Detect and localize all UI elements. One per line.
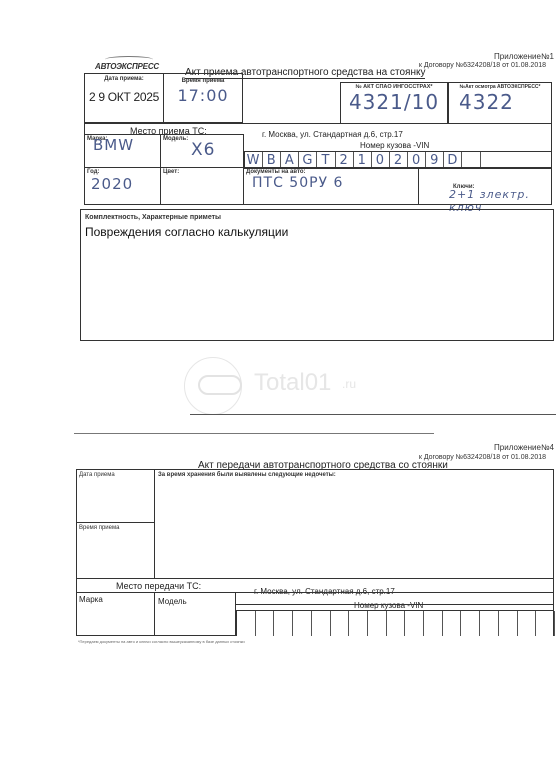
footnote: *Передаем документы на авто и ключи согл… bbox=[78, 639, 245, 644]
release-vin-char-cell bbox=[349, 611, 368, 636]
release-model-cell: Модель bbox=[154, 592, 236, 636]
appendix-1-contract: к Договору №6324208/18 от 01.08.2018 bbox=[419, 62, 546, 69]
vin-char-cell: A bbox=[281, 152, 299, 168]
watermark-text: Total01 bbox=[254, 369, 331, 397]
release-time-label: Время приема bbox=[79, 525, 154, 531]
company-logo: АВТОЭКСПРЕСС bbox=[95, 56, 165, 74]
release-vin-char-cell bbox=[312, 611, 331, 636]
release-model-label: Модель bbox=[158, 597, 235, 606]
release-vin-char-cell bbox=[405, 611, 424, 636]
time-cell: Время приема 17:00 bbox=[163, 73, 243, 123]
row-divider bbox=[84, 123, 552, 124]
make-value: BMW bbox=[93, 136, 160, 154]
keys-cell: Ключи: 2+1 злектр. ключ bbox=[418, 167, 552, 205]
inspection-act-cell: №Акт осмотра АВТОЭКСПРЕСС* 4322 bbox=[448, 82, 552, 124]
defects-label: За время хранения были выявлены следующи… bbox=[158, 472, 553, 478]
release-date-cell: Дата приема bbox=[76, 469, 155, 523]
insurer-act-cell: № АКТ СПАО ИНГОССТРАХ* 4321/10 bbox=[340, 82, 448, 124]
year-cell: Год: 2020 bbox=[84, 167, 161, 205]
make-cell: Марка: BMW bbox=[84, 134, 161, 168]
model-value: X6 bbox=[191, 140, 243, 160]
watermark-cloud-icon bbox=[198, 375, 242, 395]
release-vin-char-cell bbox=[536, 611, 555, 636]
vin-char-cell: 1 bbox=[354, 152, 372, 168]
release-make-label: Марка bbox=[79, 595, 154, 604]
release-place-label: Место передачи ТС: bbox=[116, 581, 201, 591]
docs-value: ПТС 50РУ 6 bbox=[252, 175, 418, 191]
model-cell: Модель: X6 bbox=[160, 134, 244, 168]
appendix-4-label: Приложение№4 bbox=[494, 443, 554, 452]
docs-cell: Документы на авто: ПТС 50РУ 6 bbox=[243, 167, 419, 205]
vin-char-cell bbox=[535, 152, 553, 168]
section-separator-2 bbox=[74, 433, 434, 434]
vin-char-cell: T bbox=[317, 152, 335, 168]
release-vin-char-cell bbox=[424, 611, 443, 636]
features-label: Комплектность, Характерные приметы bbox=[85, 214, 553, 221]
date-cell: Дата приема: 2 9 ОКТ 2025 bbox=[84, 73, 164, 123]
vin-char-cell: 0 bbox=[408, 152, 426, 168]
insurer-act-value: 4321/10 bbox=[341, 90, 447, 114]
release-vin-label: Номер кузова -VIN bbox=[354, 601, 423, 610]
section-separator bbox=[190, 414, 556, 415]
release-vin-char-cell bbox=[387, 611, 406, 636]
release-vin-char-cell bbox=[274, 611, 293, 636]
color-label: Цвет: bbox=[163, 169, 243, 175]
vin-char-cell bbox=[517, 152, 535, 168]
date-label: Дата приема: bbox=[85, 76, 163, 82]
release-vin-char-cell bbox=[331, 611, 350, 636]
release-vin-char-cell bbox=[518, 611, 537, 636]
features-value: Повреждения согласно калькуляции bbox=[85, 225, 553, 239]
release-date-label: Дата приема bbox=[79, 472, 154, 478]
vin-char-cell: 2 bbox=[336, 152, 354, 168]
release-vin-grid bbox=[236, 610, 554, 636]
release-vin-char-cell bbox=[293, 611, 312, 636]
time-label: Время приема bbox=[164, 78, 242, 84]
release-vin-char-cell bbox=[480, 611, 499, 636]
time-value: 17:00 bbox=[164, 86, 242, 105]
features-cell: Комплектность, Характерные приметы Повре… bbox=[80, 209, 554, 341]
defects-cell: За время хранения были выявлены следующи… bbox=[154, 469, 554, 579]
vin-char-cell: 2 bbox=[390, 152, 408, 168]
watermark: Total01 .ru bbox=[184, 355, 384, 415]
vin-char-cell bbox=[462, 152, 480, 168]
release-vin-char-cell bbox=[443, 611, 462, 636]
release-time-cell: Время приема bbox=[76, 522, 155, 579]
release-vin-char-cell bbox=[256, 611, 275, 636]
year-value: 2020 bbox=[91, 175, 160, 193]
place-value: г. Москва, ул. Стандартная д.6, стр.17 bbox=[262, 130, 403, 139]
vin-char-cell: G bbox=[299, 152, 317, 168]
appendix-1-label: Приложение№1 bbox=[494, 52, 554, 61]
release-vin-char-cell bbox=[461, 611, 480, 636]
vin-char-cell: 9 bbox=[426, 152, 444, 168]
color-cell: Цвет: bbox=[160, 167, 244, 205]
release-vin-char-cell bbox=[499, 611, 518, 636]
vin-char-cell bbox=[481, 152, 499, 168]
inspection-act-value: 4322 bbox=[449, 90, 551, 114]
vin-char-cell bbox=[499, 152, 517, 168]
vin-char-cell: B bbox=[263, 152, 281, 168]
release-make-cell: Марка bbox=[76, 592, 155, 636]
vin-char-cell: D bbox=[444, 152, 462, 168]
vin-char-cell: W bbox=[245, 152, 263, 168]
watermark-suffix: .ru bbox=[342, 377, 356, 391]
vin-char-cell: 0 bbox=[372, 152, 390, 168]
vin-label: Номер кузова -VIN bbox=[360, 141, 429, 150]
date-value: 2 9 ОКТ 2025 bbox=[85, 90, 163, 104]
release-vin-top bbox=[236, 604, 554, 605]
release-vin-char-cell bbox=[237, 611, 256, 636]
logo-text: АВТОЭКСПРЕСС bbox=[95, 62, 159, 71]
release-vin-char-cell bbox=[368, 611, 387, 636]
